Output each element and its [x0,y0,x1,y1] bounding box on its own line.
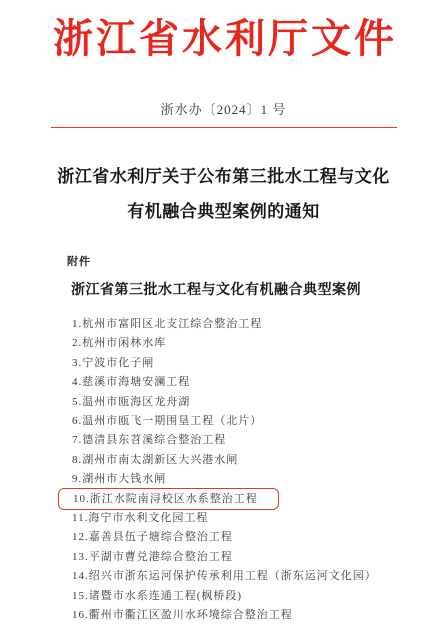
case-text: 14.绍兴市浙东运河保护传承利用工程（浙东运河文化园） [72,570,377,582]
document-page: 浙江省水利厅文件 浙水办〔2024〕1 号 浙江省水利厅关于公布第三批水工程与文… [0,0,447,643]
attachment-section: 附件 浙江省第三批水工程与文化有机融合典型案例 1.杭州市富阳区北支江综合整治工… [0,254,447,626]
case-text: 2.杭州市闲林水库 [72,337,166,349]
list-item: 16.衢州市衢江区盈川水环境综合整治工程 [72,606,447,625]
letterhead-title: 浙江省水利厅文件 [0,0,447,64]
highlighted-case-text: 10.浙江水院南浔校区水系整治工程 [58,488,279,510]
notice-title-line2: 有机融合典型案例的通知 [0,194,447,229]
case-text: 5.温州市瓯海区龙舟湖 [72,396,190,408]
case-text: 13.平湖市曹兑港综合整治工程 [72,551,233,563]
list-item: 15.诸暨市水系连通工程(枫桥段) [72,587,447,606]
letterhead: 浙江省水利厅文件 浙水办〔2024〕1 号 [0,0,447,128]
list-item: 11.海宁市水利文化园工程 [72,509,447,528]
case-text: 11.海宁市水利文化园工程 [72,512,208,524]
case-text: 1.杭州市富阳区北支江综合整治工程 [72,318,262,330]
notice-title: 浙江省水利厅关于公布第三批水工程与文化 有机融合典型案例的通知 [0,159,447,229]
list-item: 7.德清县东苕溪综合整治工程 [72,431,447,450]
case-text: 16.衢州市衢江区盈川水环境综合整治工程 [72,609,293,621]
red-divider-line [51,127,397,128]
case-text: 4.慈溪市海塘安澜工程 [72,376,190,388]
list-item: 9.湖州市大钱水闸 [72,470,447,489]
case-list: 1.杭州市富阳区北支江综合整治工程2.杭州市闲林水库3.宁波市化子闸4.慈溪市海… [72,315,447,626]
attachment-heading: 浙江省第三批水工程与文化有机融合典型案例 [71,281,447,301]
attachment-label: 附件 [67,254,447,270]
case-text: 15.诸暨市水系连通工程(枫桥段) [72,590,242,602]
list-item: 6.温州市瓯飞一期围垦工程（北片） [72,412,447,431]
doc-number: 浙水办〔2024〕1 号 [0,102,447,118]
case-text: 9.湖州市大钱水闸 [72,473,166,485]
list-item: 2.杭州市闲林水库 [72,334,447,353]
case-text: 7.德清县东苕溪综合整治工程 [72,434,226,446]
list-item: 13.平湖市曹兑港综合整治工程 [72,548,447,567]
case-text: 12.嘉善县伍子塘综合整治工程 [72,531,233,543]
list-item: 1.杭州市富阳区北支江综合整治工程 [72,315,447,334]
list-item: 5.温州市瓯海区龙舟湖 [72,393,447,412]
list-item: 3.宁波市化子闸 [72,354,447,373]
list-item: 4.慈溪市海塘安澜工程 [72,373,447,392]
list-item: 10.浙江水院南浔校区水系整治工程 [72,490,447,509]
case-text: 3.宁波市化子闸 [72,357,154,369]
list-item: 8.湖州市南太湖新区大兴港水闸 [72,451,447,470]
list-item: 14.绍兴市浙东运河保护传承利用工程（浙东运河文化园） [72,567,447,586]
case-text: 6.温州市瓯飞一期围垦工程（北片） [72,415,262,427]
case-text: 8.湖州市南太湖新区大兴港水闸 [72,454,238,466]
list-item: 12.嘉善县伍子塘综合整治工程 [72,528,447,547]
notice-title-line1: 浙江省水利厅关于公布第三批水工程与文化 [0,159,447,194]
